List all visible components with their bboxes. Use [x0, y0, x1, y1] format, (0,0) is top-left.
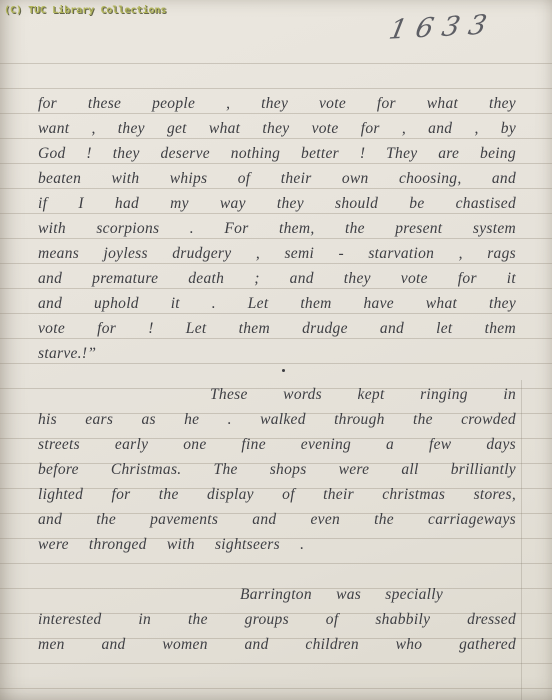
manuscript-line: want , they get what they vote for , and… — [38, 116, 516, 141]
manuscript-line: Barrington was specially — [38, 582, 516, 607]
manuscript-line: with scorpions . For them, the present s… — [38, 216, 516, 241]
manuscript-line: men and women and children who gathered — [38, 632, 516, 657]
manuscript-line: for these people , they vote for what th… — [38, 91, 516, 116]
manuscript-line: God ! they deserve nothing better ! They… — [38, 141, 516, 166]
paper-crease — [521, 380, 522, 700]
manuscript-line: and premature death ; and they vote for … — [38, 266, 516, 291]
manuscript-line: These words kept ringing in — [38, 382, 516, 407]
ink-dot — [282, 369, 285, 372]
manuscript-line: and the pavements and even the carriagew… — [38, 507, 516, 532]
manuscript-line: before Christmas. The shops were all bri… — [38, 457, 516, 482]
page-number: 1633 — [386, 9, 498, 45]
manuscript-line: streets early one fine evening a few day… — [38, 432, 516, 457]
paragraph-quote: for these people , they vote for what th… — [38, 91, 516, 366]
manuscript-line: interested in the groups of shabbily dre… — [38, 607, 516, 632]
manuscript-line: and uphold it . Let them have what they — [38, 291, 516, 316]
paragraph-barrington: Barrington was speciallyinterested in th… — [38, 582, 516, 657]
manuscript-line: starve.!” — [38, 341, 516, 366]
manuscript-line: if I had my way they should be chastised — [38, 191, 516, 216]
manuscript-line: lighted for the display of their christm… — [38, 482, 516, 507]
manuscript-line: vote for ! Let them drudge and let them — [38, 316, 516, 341]
paragraph-these-words: These words kept ringing inhis ears as h… — [38, 382, 516, 557]
manuscript-line: beaten with whips of their own choosing,… — [38, 166, 516, 191]
library-watermark: (C) TUC Library Collections — [4, 5, 167, 16]
manuscript-line: his ears as he . walked through the crow… — [38, 407, 516, 432]
manuscript-page: (C) TUC Library Collections 1633 for the… — [0, 0, 552, 700]
manuscript-line: means joyless drudgery , semi - starvati… — [38, 241, 516, 266]
manuscript-line: were thronged with sightseers . — [38, 532, 516, 557]
